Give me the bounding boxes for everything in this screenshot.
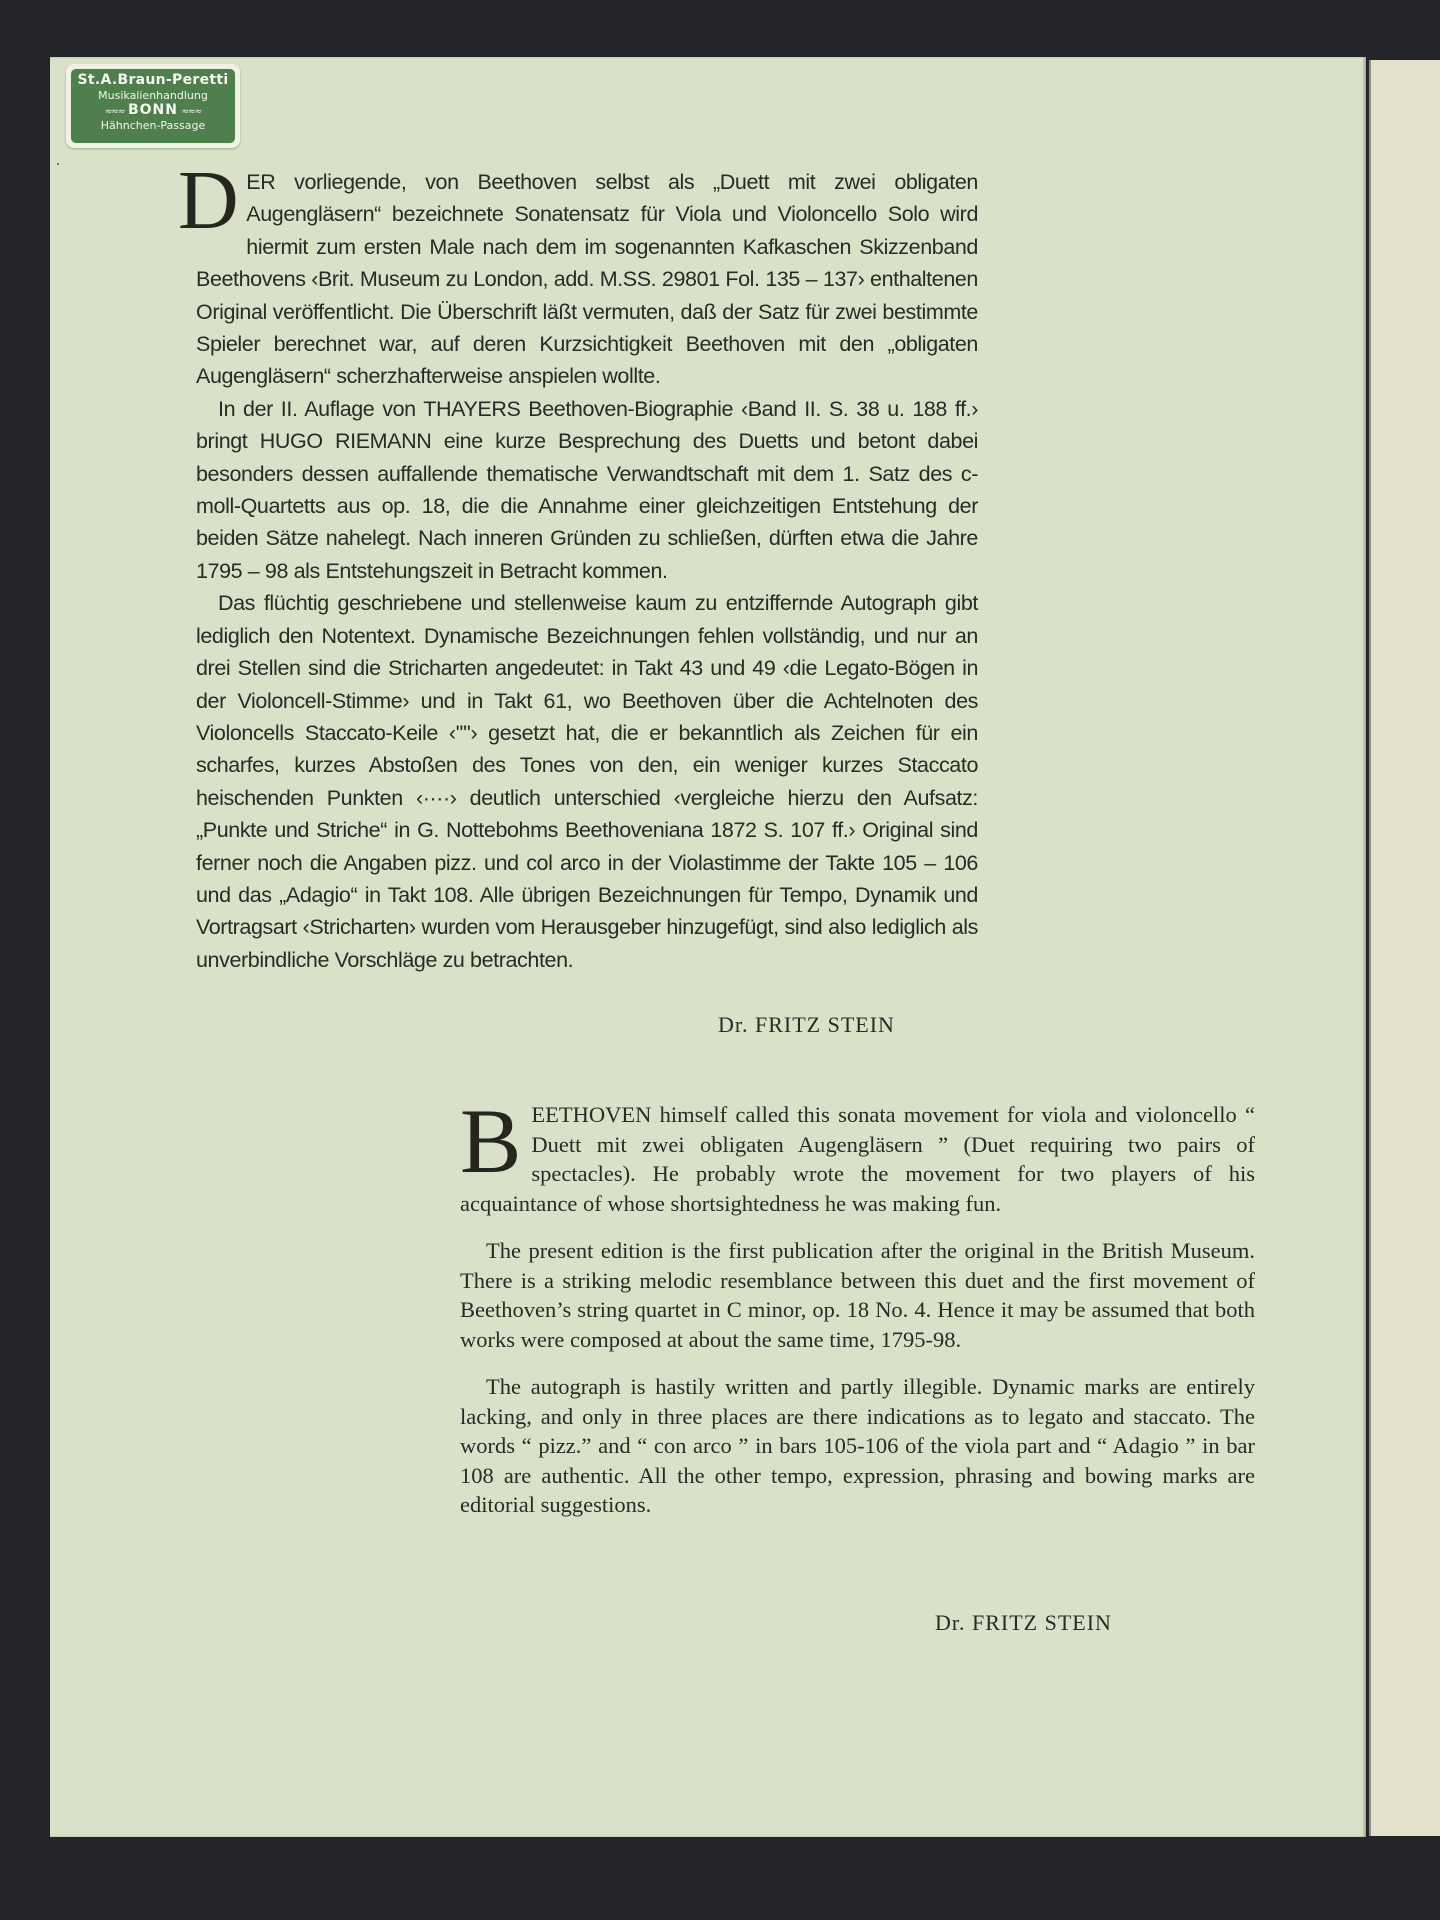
dealer-stamp-inner: St.A.Braun-Peretti Musikalienhandlung ≈≈…: [70, 68, 236, 144]
paper-speck: [57, 163, 59, 165]
ornament-wave-icon: ≈≈≈: [105, 107, 125, 117]
german-paragraph-3: Das flüchtig geschriebene und stellenwei…: [196, 587, 978, 976]
stamp-dealer-name: St.A.Braun-Peretti: [71, 72, 235, 89]
stamp-shop-type: Musikalienhandlung: [71, 89, 235, 103]
german-preface: DER vorliegende, von Beethoven selbst al…: [196, 166, 978, 976]
english-paragraph-3: The autograph is hastily written and par…: [460, 1372, 1255, 1520]
stamp-address: Hähnchen-Passage: [71, 119, 235, 133]
dealer-stamp-label: St.A.Braun-Peretti Musikalienhandlung ≈≈…: [66, 64, 240, 148]
stamp-city: BONN: [128, 102, 178, 118]
english-paragraph-1-text: EETHOVEN himself called this sonata move…: [460, 1102, 1255, 1216]
english-preface: BEETHOVEN himself called this sonata mov…: [460, 1100, 1255, 1538]
stamp-city-row: ≈≈≈ BONN ≈≈≈: [71, 103, 235, 119]
german-paragraph-1: DER vorliegende, von Beethoven selbst al…: [196, 166, 978, 393]
german-paragraph-1-text: ER vorliegende, von Beethoven selbst als…: [196, 170, 978, 388]
dropcap-b: B: [460, 1106, 521, 1176]
adjacent-page-edge: [1369, 60, 1440, 1836]
dropcap-d: D: [178, 170, 238, 232]
ornament-wave-icon: ≈≈≈: [182, 107, 202, 117]
english-signature: Dr. FRITZ STEIN: [935, 1610, 1112, 1636]
german-signature: Dr. FRITZ STEIN: [718, 1012, 895, 1038]
english-paragraph-2: The present edition is the first publica…: [460, 1236, 1255, 1354]
german-paragraph-2: In der II. Auflage von THAYERS Beethoven…: [196, 393, 978, 587]
english-paragraph-1: BEETHOVEN himself called this sonata mov…: [460, 1100, 1255, 1218]
